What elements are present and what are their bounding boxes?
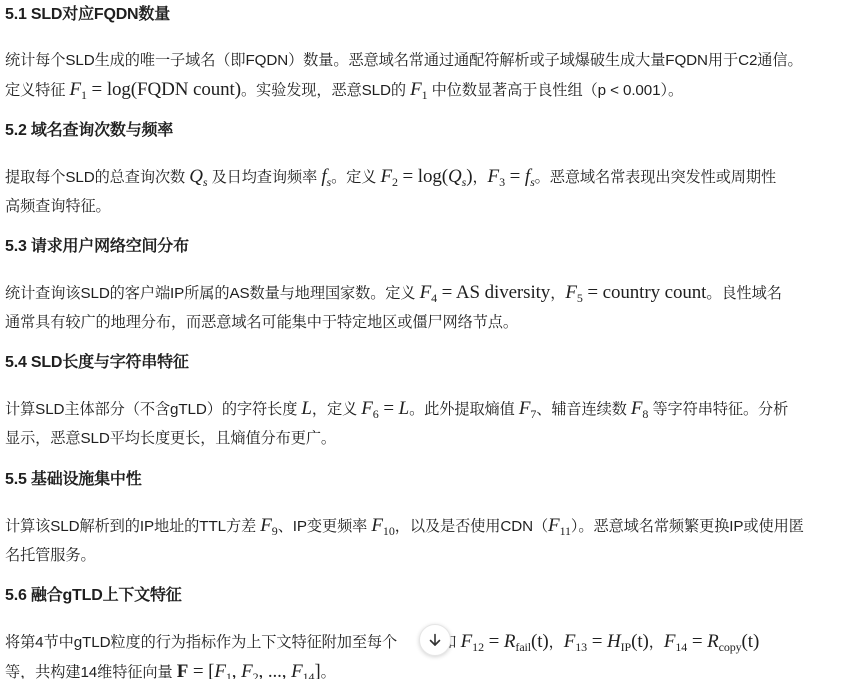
section-heading: 5.6 融合gTLD上下文特征 bbox=[5, 585, 863, 607]
section-5-2: 5.2 域名查询次数与频率 提取每个SLD的总查询次数 Qs 及日均查询频率 f… bbox=[5, 120, 863, 221]
section-heading: 5.1 SLD对应FQDN数量 bbox=[5, 4, 863, 26]
paragraph-text: 定义特征 bbox=[5, 82, 69, 99]
math-formula: F8 bbox=[631, 398, 648, 419]
math-formula: F6 = L bbox=[361, 398, 409, 419]
section-paragraph: 提取每个SLD的总查询次数 Qs 及日均查询频率 fs。定义 F2 = log(… bbox=[5, 162, 863, 221]
math-formula: F = [F1, F2, ..., F14] bbox=[177, 661, 321, 679]
section-5-5: 5.5 基础设施集中性 计算该SLD解析到的IP地址的TTL方差 F9、IP变更… bbox=[5, 469, 863, 570]
paragraph-text: 。实验发现，恶意SLD的 bbox=[241, 82, 410, 99]
section-heading: 5.4 SLD长度与字符串特征 bbox=[5, 352, 863, 374]
math-formula: Qs bbox=[189, 166, 207, 187]
section-5-3: 5.3 请求用户网络空间分布 统计查询该SLD的客户端IP所属的AS数量与地理国… bbox=[5, 236, 863, 337]
section-paragraph: 计算该SLD解析到的IP地址的TTL方差 F9、IP变更频率 F10，以及是否使… bbox=[5, 511, 863, 570]
section-5-1: 5.1 SLD对应FQDN数量 统计每个SLD生成的唯一子域名（即FQDN）数量… bbox=[5, 4, 863, 105]
section-heading: 5.3 请求用户网络空间分布 bbox=[5, 236, 863, 258]
math-formula: F7 bbox=[519, 398, 536, 419]
math-formula: F1 = log(FQDN count) bbox=[69, 79, 240, 100]
math-formula: F2 = log(Qs) bbox=[380, 166, 472, 187]
math-formula: F5 = country count bbox=[565, 282, 706, 303]
section-heading: 5.5 基础设施集中性 bbox=[5, 469, 863, 491]
math-formula: F12 = Rfail(t) bbox=[461, 631, 549, 652]
math-formula: F3 = fs bbox=[488, 166, 535, 187]
math-formula: L bbox=[301, 398, 311, 419]
math-formula: F10 bbox=[371, 515, 394, 536]
math-formula: F1 bbox=[410, 79, 427, 100]
math-formula: F13 = HIP(t) bbox=[564, 631, 649, 652]
section-paragraph: 统计每个SLD生成的唯一子域名（即FQDN）数量。恶意域名常通过通配符解析或子域… bbox=[5, 46, 863, 105]
section-paragraph: 统计查询该SLD的客户端IP所属的AS数量与地理国家数。定义 F4 = AS d… bbox=[5, 278, 863, 337]
math-formula: F4 = AS diversity bbox=[420, 282, 551, 303]
paragraph-text: 中位数显著高于良性组（p < 0.001）。 bbox=[428, 82, 684, 99]
arrow-down-icon bbox=[428, 633, 442, 647]
math-formula: F11 bbox=[548, 515, 571, 536]
math-formula: F14 = Rcopy(t) bbox=[664, 631, 759, 652]
section-5-4: 5.4 SLD长度与字符串特征 计算SLD主体部分（不含gTLD）的字符长度 L… bbox=[5, 352, 863, 453]
math-formula: F9 bbox=[260, 515, 277, 536]
scroll-to-bottom-button[interactable] bbox=[419, 624, 451, 656]
section-heading: 5.2 域名查询次数与频率 bbox=[5, 120, 863, 142]
section-paragraph: 计算SLD主体部分（不含gTLD）的字符长度 L，定义 F6 = L。此外提取熵… bbox=[5, 394, 863, 453]
paragraph-text: 统计每个SLD生成的唯一子域名（即FQDN）数量。恶意域名常通过通配符解析或子域… bbox=[5, 52, 803, 69]
math-formula: fs bbox=[321, 166, 331, 187]
